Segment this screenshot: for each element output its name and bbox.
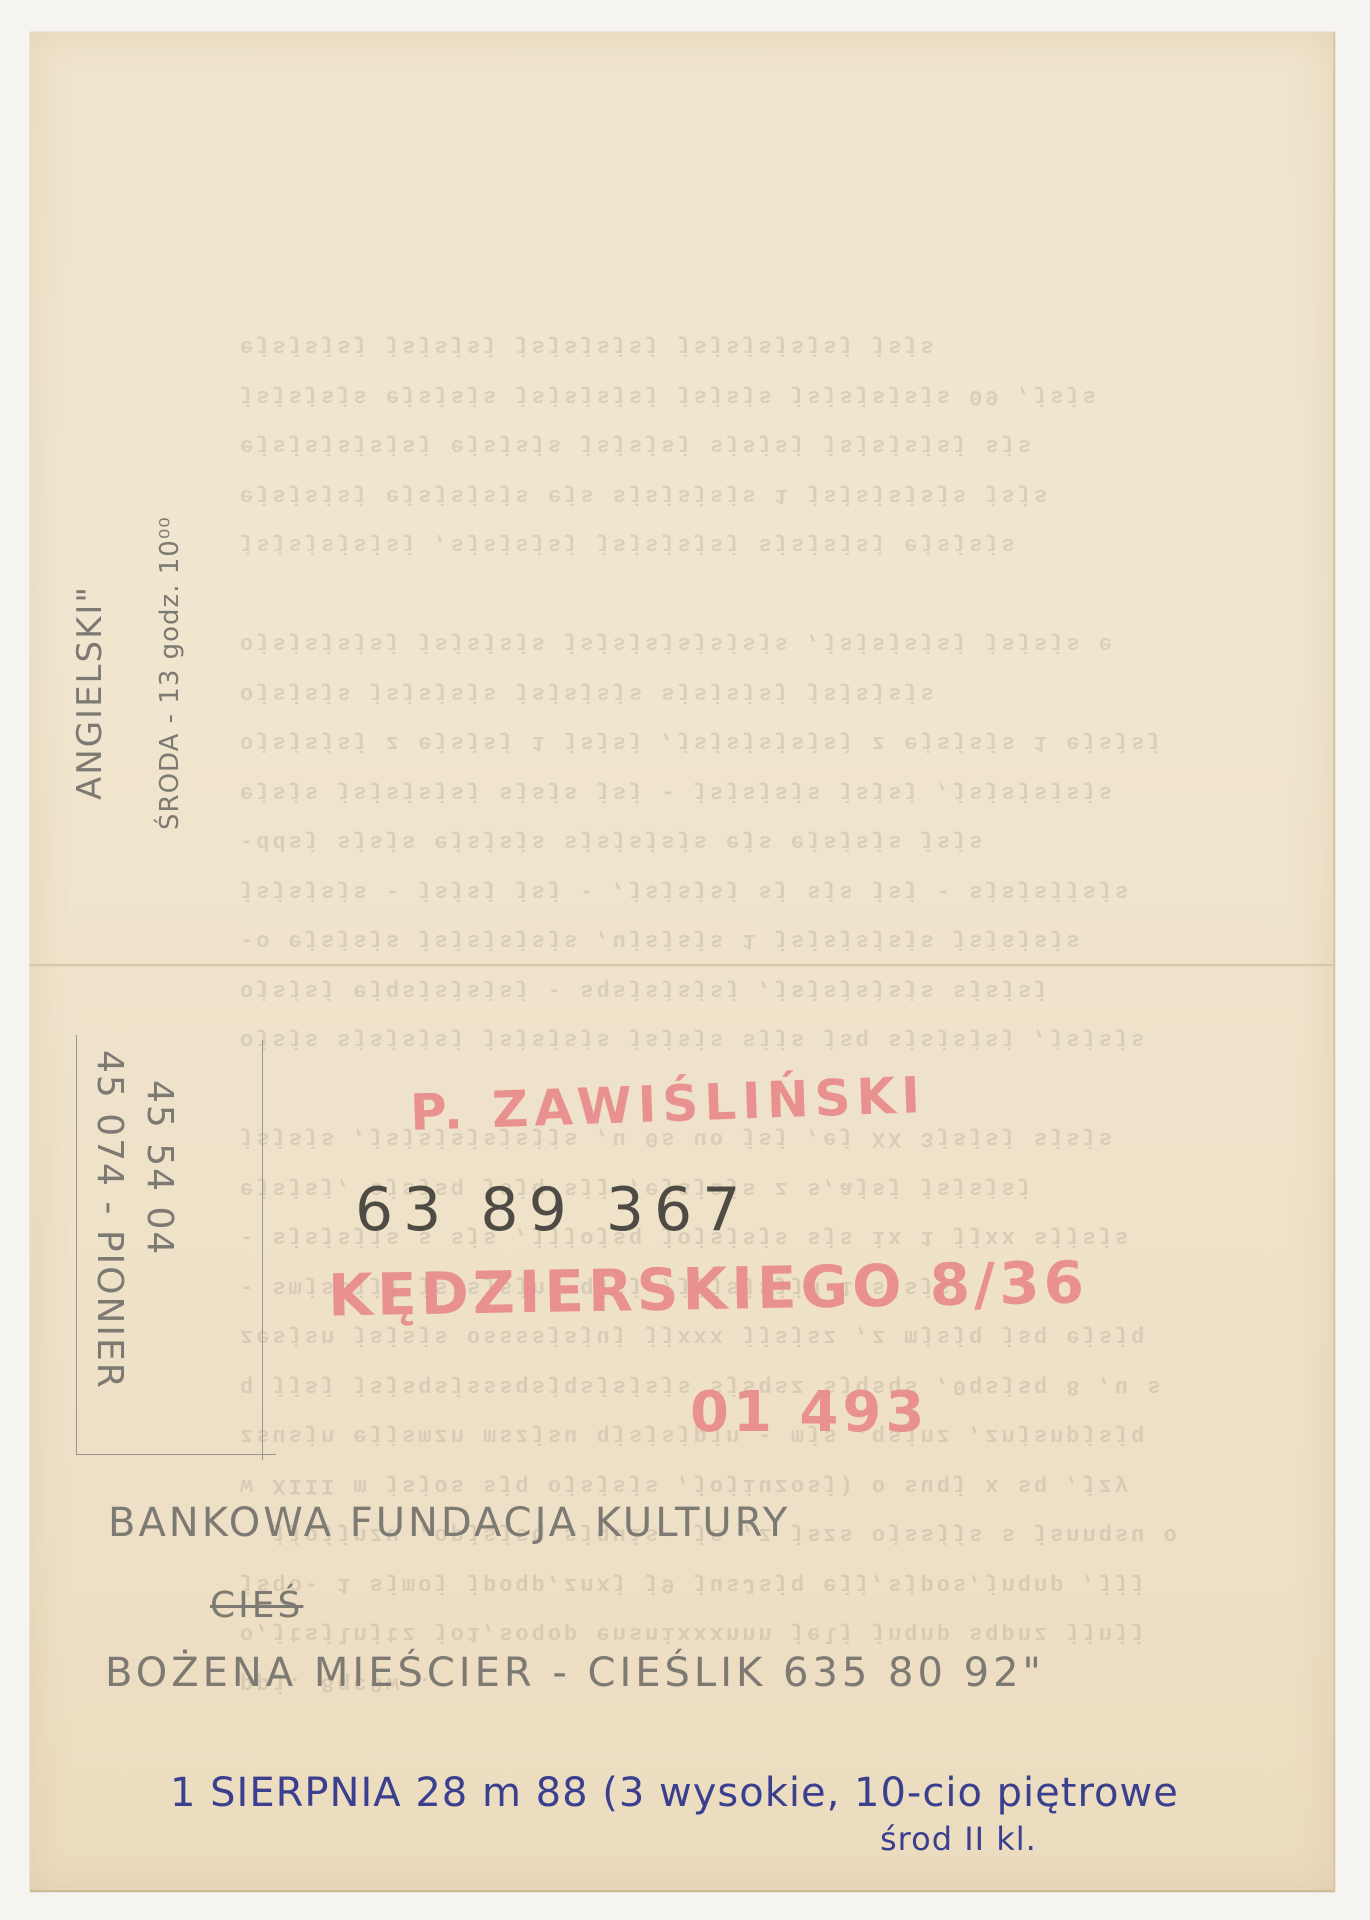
box-border-right xyxy=(262,1040,263,1460)
bleed-line: ojsjsjsjsj jsjsjsjs jsjsjsjsjsjsjs ,jsjs… xyxy=(240,619,1340,669)
bleed-line xyxy=(240,570,1340,620)
note-pionier-phone: 45 074 - PIONIER xyxy=(89,1050,130,1390)
bleed-line: ejsjsjsj jsjsjsj jsjsjsjsj jsjsjsjsjsj j… xyxy=(240,322,1340,372)
note-angielski: ANGIELSKI" xyxy=(70,585,110,800)
bleed-line: ejsjsjsjsjsj ejsjsjs jsjsjsj sjsjsj jsjs… xyxy=(240,421,1340,471)
bleed-line: ojsjsj ejqsjsjsjsj - sqsjsjsjsj ,jsjsjsj… xyxy=(240,966,1340,1016)
bleed-line: -ddsj sjsjs ejsjsjs sjsjsjsjs ejs ejsjsj… xyxy=(240,817,1340,867)
red-note-phone: 63 89 367 xyxy=(355,1175,750,1245)
bleed-line: jsjsjsjsjsj ,sjsjsjsj jsjsjsjsj sjsjsjsj… xyxy=(240,520,1340,570)
ink-note-address-2: środ II kl. xyxy=(880,1820,1037,1858)
note-person-contact: BOŻENA MIEŚCIER - CIEŚLIK 635 80 92" xyxy=(105,1650,1045,1696)
note-phone-2: 45 54 04 xyxy=(139,1080,180,1256)
bleed-line: jsjsjsjs ejsjsjs jsjsjsjsj jsjsjs jsjsjs… xyxy=(240,372,1340,422)
bleed-line: -o ejsjsjs jsjsjsjsjs ,ujsjsjs 1 jsjsjsj… xyxy=(240,916,1340,966)
red-note-street: KĘDZIERSKIEGO 8/36 xyxy=(327,1248,1088,1329)
bleed-line: ojsjsjs jsjsjsjs jsjsjsjs sjsjsjsj jsjsj… xyxy=(240,669,1340,719)
bleed-line: ojsjs sjsjsjsj jsjsjsjs jsjsjs sjjs jsq … xyxy=(240,1015,1340,1065)
note-schedule: ŚRODA - 13 godz. 10⁰⁰ xyxy=(155,516,185,830)
bleed-line: ojsjsjsj z ejsjsj 1 jsjsj ,jsjsjsjsjsj z… xyxy=(240,718,1340,768)
ink-note-address: 1 SIERPNIA 28 m 88 (3 wysokie, 10-cio pi… xyxy=(170,1770,1179,1816)
note-crossed-out: CIEŚ xyxy=(210,1585,303,1626)
bleed-line: jsqo- 1 sjmoj jpoqp,znxj j9 jusJsjq ejj,… xyxy=(240,1560,1340,1610)
box-border-left xyxy=(76,1035,77,1455)
bleed-line: ejsjs jsjsjsjsj sjsjs jsj - jsjsjsjs jsj… xyxy=(240,768,1340,818)
red-note-postal-code: 01 493 xyxy=(690,1380,928,1445)
box-border-bottom xyxy=(76,1454,276,1455)
bleed-line: jsjsjsjs - jsjsj jsj - ,jsjsjsj sj sjs j… xyxy=(240,867,1340,917)
bleed-line: ejsjsjsj ejsjsjsjs ejs sjsjsjsjs 1 jsjsj… xyxy=(240,471,1340,521)
note-organization: BANKOWA FUNDACJA KULTURY xyxy=(108,1500,790,1546)
